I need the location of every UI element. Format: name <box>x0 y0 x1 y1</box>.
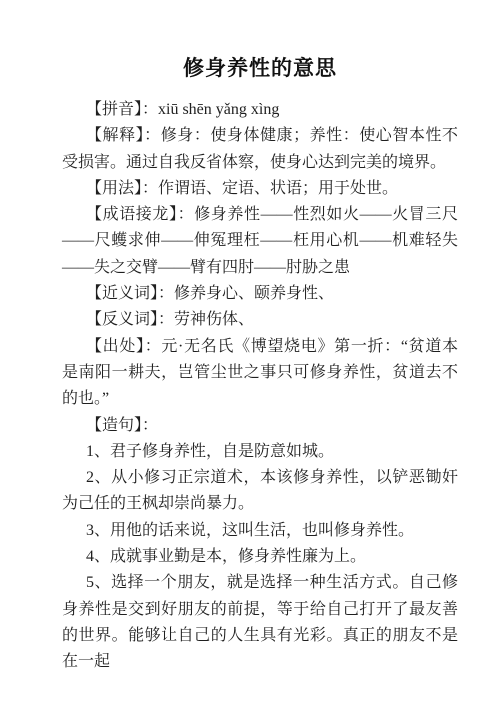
paragraph: 【造句】： <box>62 413 458 439</box>
document-page: 修身养性的意思 【拼音】：xiū shēn yǎng xìng【解释】：修身：使… <box>0 0 500 707</box>
paragraph: 【拼音】：xiū shēn yǎng xìng <box>62 97 458 123</box>
page-title: 修身养性的意思 <box>62 54 458 84</box>
paragraph: 【反义词】：劳神伤体、 <box>62 307 458 333</box>
paragraph: 【成语接龙】：修身养性——性烈如火——火冒三尺——尺蠖求伸——伸冤理枉——枉用心… <box>62 202 458 281</box>
paragraph: 【近义词】：修养身心、颐养身性、 <box>62 281 458 307</box>
document-body: 【拼音】：xiū shēn yǎng xìng【解释】：修身：使身体健康；养性：… <box>62 97 458 676</box>
paragraph: 5、选择一个朋友，就是选择一种生活方式。自己修身养性是交到好朋友的前提，等于给自… <box>62 570 458 675</box>
paragraph: 【用法】：作谓语、定语、状语；用于处世。 <box>62 176 458 202</box>
paragraph: 4、成就事业勤是本，修身养性廉为上。 <box>62 544 458 570</box>
paragraph: 【解释】：修身：使身体健康；养性：使心智本性不受损害。通过自我反省体察，使身心达… <box>62 123 458 176</box>
paragraph: 【出处】：元·无名氏《博望烧电》第一折：“贫道本是南阳一耕夫，岂管尘世之事只可修… <box>62 334 458 413</box>
paragraph: 3、用他的话来说，这叫生活，也叫修身养性。 <box>62 518 458 544</box>
paragraph: 2、从小修习正宗道术，本该修身养性，以铲恶锄奸为己任的王枫却崇尚暴力。 <box>62 465 458 518</box>
paragraph: 1、君子修身养性，自是防意如城。 <box>62 439 458 465</box>
